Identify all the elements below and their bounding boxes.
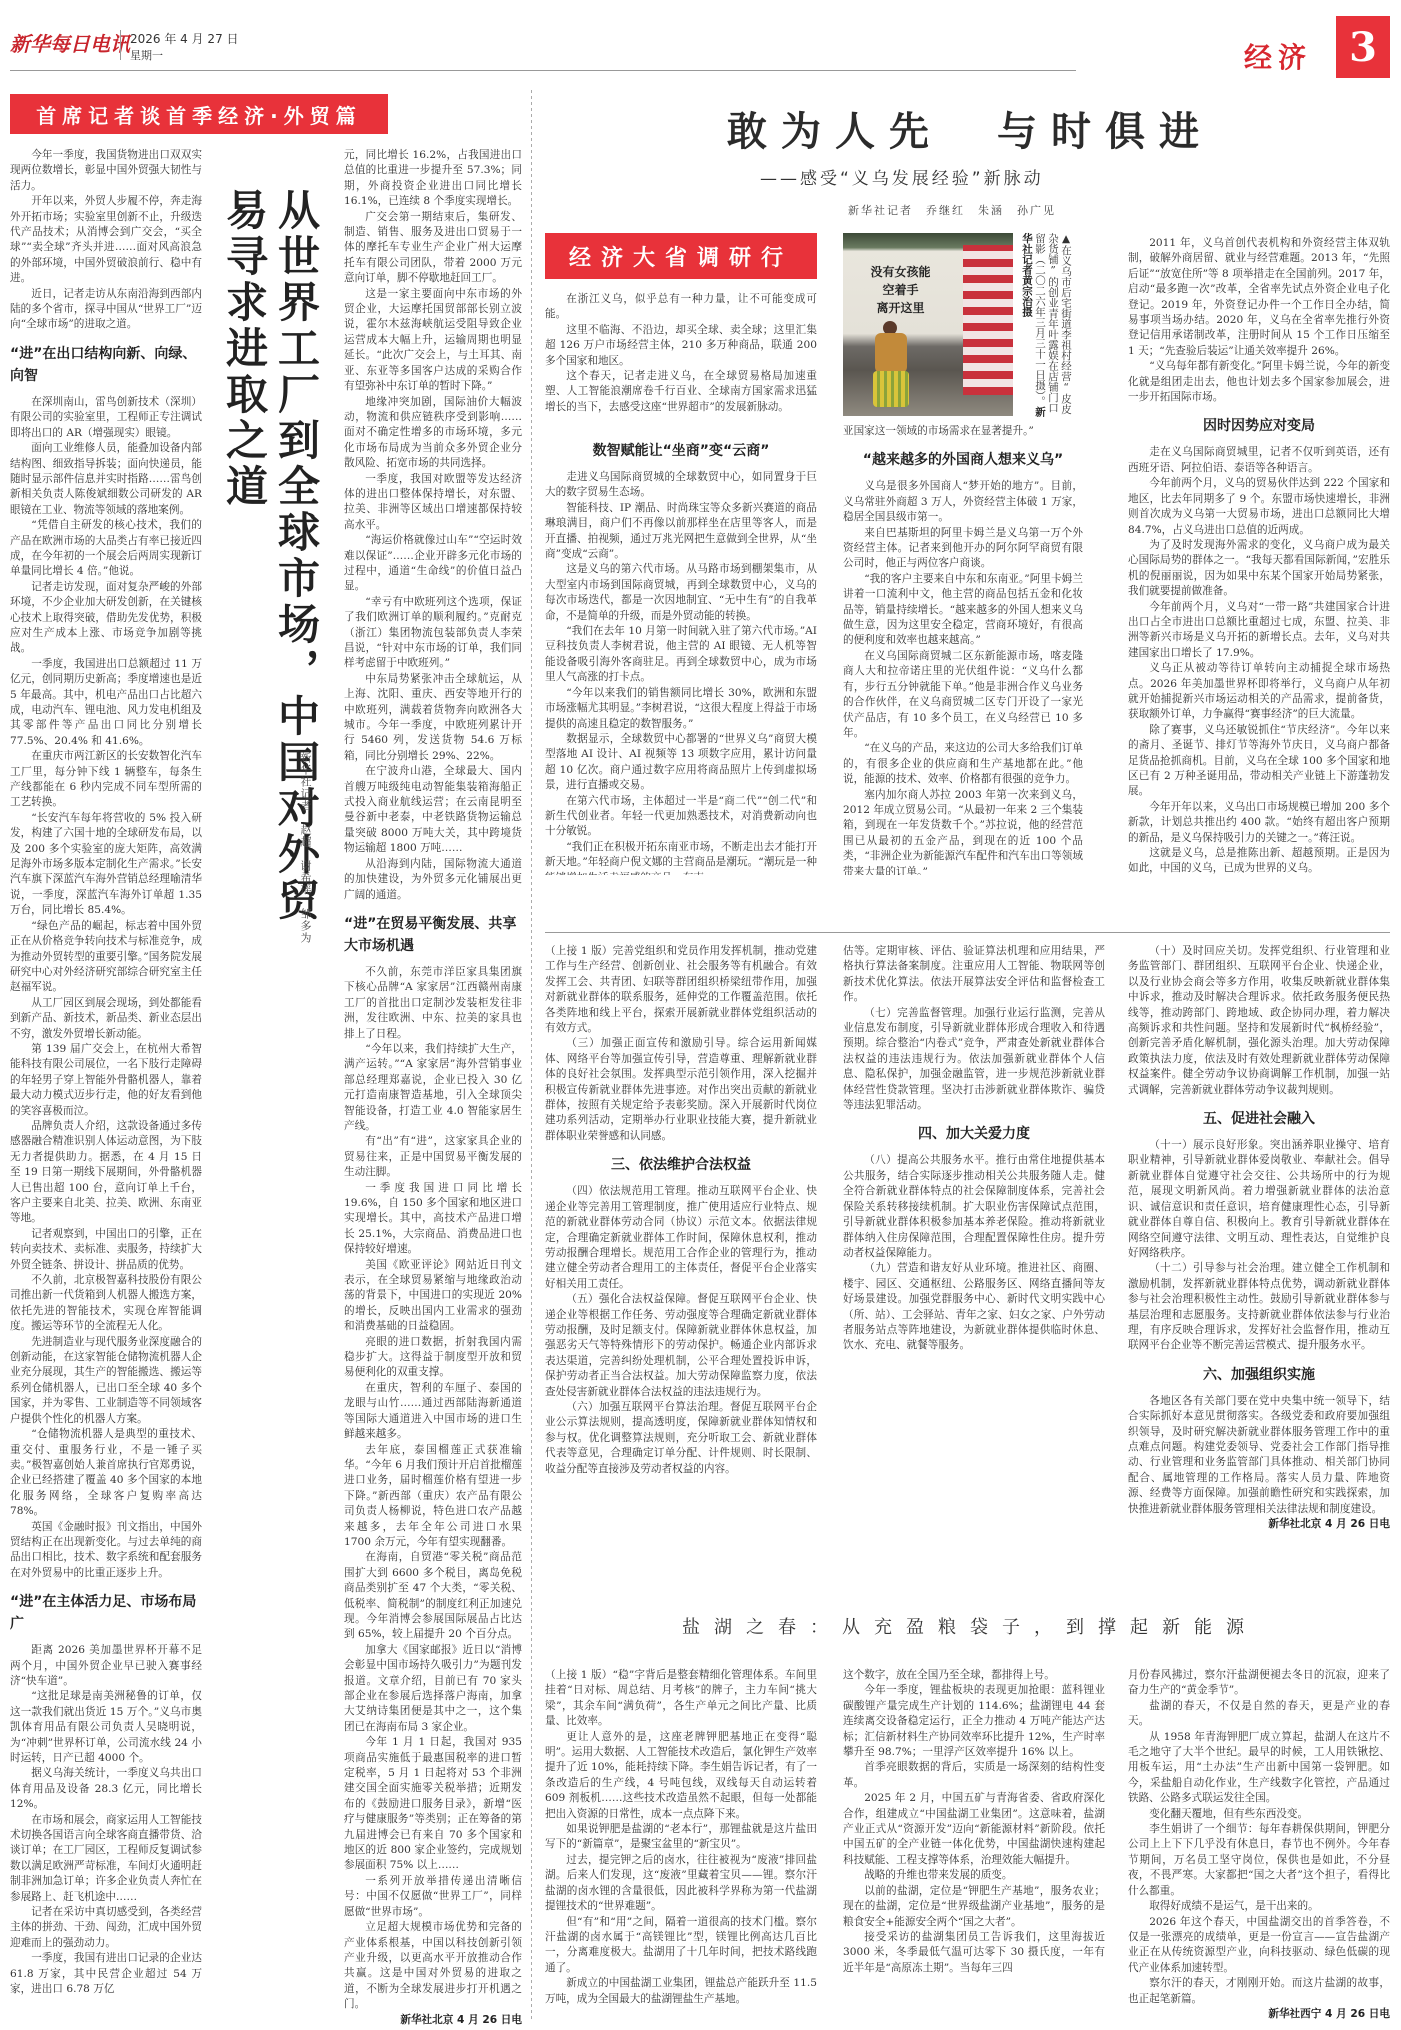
- issue-weekday: 星期一: [130, 47, 163, 63]
- policy-column-c: （十）及时回应关切。发挥党组织、行业管理和业务监管部门、群团组织、互联网平台企业…: [1128, 944, 1390, 1594]
- policy-column-a: （上接 1 版）完善党组织和党员作用发挥机制，推动党建工作与生产经营、创新创业、…: [545, 944, 817, 1594]
- issue-date: 2026 年 4 月 27 日: [130, 30, 239, 47]
- yiwu-headline: 敢为人先 与时俱进: [560, 100, 1380, 157]
- person-coat: [875, 333, 907, 373]
- left-story-byline: 新华社记者 赵超 谢希瑶 邹多为: [298, 752, 312, 992]
- yiwu-banner: 经济大省调研行: [545, 233, 817, 279]
- dateline: 新华社北京 4 月 26 日电: [1128, 1517, 1390, 1532]
- salt-lake-column-c: 月份春风拂过，察尔汗盐湖便褪去冬日的沉寂，迎来了奋力生产的“黄金季节”。 盐湖的…: [1128, 1668, 1390, 2026]
- left-story-column-1: 今年一季度，我国货物进出口双双实现两位数增长，彰显中国外贸强大韧性与活力。 开年…: [10, 148, 202, 2026]
- shop-curtain: [963, 245, 1013, 395]
- section-heading: 三、依法维护合法权益: [545, 1154, 817, 1176]
- yiwu-subheadline: ——感受“义乌发展经验”新脉动: [760, 164, 1044, 189]
- dateline: 新华社西宁 4 月 26 日电: [1128, 2007, 1390, 2022]
- wall-text: 没有女孩能 空着手 离开这里: [853, 263, 948, 317]
- yiwu-column-c: 2011 年，义乌首创代表机构和外资经营主体双轨制，破解外商居留、就业与经营难题…: [1128, 236, 1390, 876]
- salt-lake-headline: 盐湖之春：从充盈粮袋子，到撑起新能源: [560, 1613, 1380, 1639]
- section-heading: 六、加强组织实施: [1128, 1364, 1390, 1386]
- dateline: 新华社北京 4 月 26 日电: [344, 2013, 522, 2026]
- masthead-divider: [120, 30, 121, 60]
- subheading: “越来越多的外国商人想来义乌”: [843, 449, 1083, 471]
- yiwu-photo: 没有女孩能 空着手 离开这里: [843, 233, 1013, 416]
- section-rule: [545, 932, 1390, 933]
- newspaper-logo: 新华每日电讯: [10, 28, 130, 57]
- column-divider: [531, 90, 532, 2020]
- section-heading: 五、促进社会融入: [1128, 1108, 1390, 1130]
- yiwu-column-b: 亚国家这一领域的市场需求在显著提升。” “越来越多的外国商人想来义乌” 义乌是很…: [843, 424, 1083, 875]
- salt-lake-column-b: 这个数字，放在全国乃至全球，都排得上号。 今年一季度，锂盐板块的表现更加抢眼：蓝…: [843, 1668, 1105, 2026]
- yiwu-byline: 新华社记者 乔继红 朱涵 孙广见: [848, 202, 1056, 218]
- left-story-banner: 首席记者谈首季经济·外贸篇: [10, 94, 388, 134]
- person-skirt: [873, 371, 909, 407]
- left-story-column-2: 元，同比增长 16.2%，占我国进出口总值的比重进一步提升至 57.3%；同期，…: [344, 148, 522, 2026]
- subheading: “进”在贸易平衡发展、共享大市场机遇: [344, 913, 522, 957]
- page-number-badge: 3: [1336, 16, 1390, 78]
- section-heading: 四、加大关爱力度: [843, 1123, 1105, 1145]
- subheading: 数智赋能让“坐商”变“云商”: [545, 440, 817, 462]
- yiwu-column-a: 数智赋能让“坐商”变“云商” 走进义乌国际商贸城的全球数贸中心，如同置身于巨大的…: [545, 430, 817, 875]
- policy-column-b: 估等。定期审核、评估、验证算法机理和应用结果，严格执行算法备案制度。注重应用人工…: [843, 944, 1105, 1594]
- subheading: “进”在主体活力足、市场布局广: [10, 1591, 202, 1635]
- subheading: “进”在出口结构向新、向绿、向智: [10, 343, 202, 387]
- masthead-rule: [10, 70, 1076, 71]
- yiwu-intro: 在浙江义乌，似乎总有一种力量，让不可能变成可能。 这里不临海、不沿边，却买全球、…: [545, 292, 817, 422]
- photo-caption: ▲在义乌市后宅街道李祖村经营“皮皮杂货铺”的创业青年叶露娱在店铺门口留影（二〇二…: [1016, 233, 1072, 418]
- salt-lake-column-a: （上接 1 版）“稳”字背后是整套精细化管理体系。车间里挂着“日对标、周总结、月…: [545, 1668, 817, 2026]
- subheading: 因时因势应对变局: [1128, 415, 1390, 437]
- section-name: 经济: [1244, 36, 1312, 76]
- masthead: 新华每日电讯 2026 年 4 月 27 日 星期一 经济 3: [0, 0, 1401, 72]
